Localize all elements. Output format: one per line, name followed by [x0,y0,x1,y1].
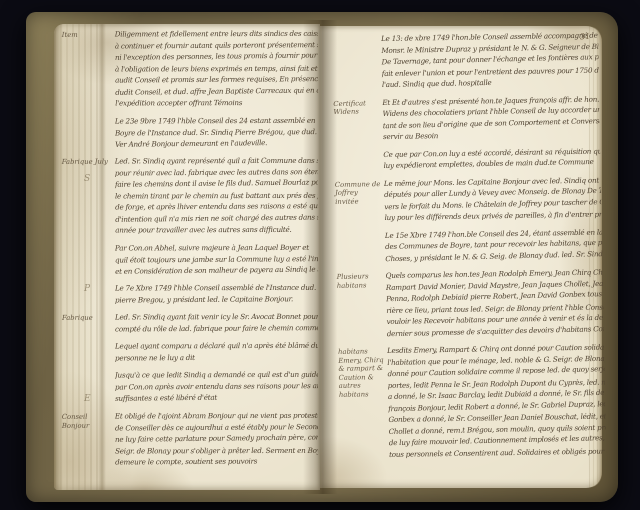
manuscript-line: suffisantes a esté libéré d'état [115,391,318,405]
manuscript-line: à l'obligation de leurs biens exprimés e… [115,62,318,74]
manuscript-line: Le 23e 9bre 1749 l'hble Conseil des 24 e… [115,114,318,126]
entry: ItemDiligemment et fidellement entre leu… [60,27,319,109]
entry: Fabrique JulyLed. Sr. Sindiq ayant repré… [60,154,319,236]
margin-note: Item [60,29,116,110]
manuscript-line: dudit Conseil, et dud. affre Jean Baptis… [115,84,318,98]
manuscript-line: Diligemment et fidellement entre leurs d… [115,28,318,40]
margin-note [60,341,115,364]
margin-note [60,242,115,277]
paragraph: Ce que par Con.on luy a esté accordé, dé… [383,144,600,171]
paragraph: Lequel ayant comparu a déclaré quil n'a … [115,339,318,363]
entry: FabriqueLed. Sr. Sindiq ayant fait venir… [60,310,318,335]
paragraph: Le même jour Mons. les Capitaine Bonjour… [384,173,602,223]
paragraph: Jusqu'à ce que ledit Sindiq a demandé ce… [115,368,318,404]
margin-note [332,148,383,172]
paragraph: Led. Sr. Sindiq ayant fait venir icy le … [115,310,318,334]
margin-note: Fabrique [60,312,115,335]
manuscript-line: Lequel ayant comparu a déclaré quil n'a … [115,340,318,352]
paragraph: Et Et d'autres s'est présenté hon.te Jaq… [382,92,600,142]
margin-note [60,115,115,150]
margin-note [60,283,115,306]
entry: Conseil BonjourEt obligé de l'ajoint Abr… [60,409,318,468]
paragraph: Diligemment et fidellement entre leurs d… [115,27,319,109]
paragraph: Led. Sr. Sindiq ayant représenté quil a … [115,154,319,236]
manuscript-line: luy pour les différends deux privés de p… [384,209,601,224]
manuscript-line: l'expédition accepter offrant Témoins [115,97,318,109]
manuscript-line: Jusqu'à ce que ledit Sindiq a demandé ce… [115,369,318,381]
entry: Le 7e Xbre 1749 l'hble Conseil assemblé … [60,281,318,306]
entry: Lequel ayant comparu a déclaré quil n'a … [60,339,318,364]
manuscript-line: compté du rôle de lad. fabrique pour fai… [115,322,318,335]
manuscript-line: pierre Bregou, y présidant led. le Capit… [115,293,318,306]
paragraph: Quels comparus les hon.tes Jean Rodolph … [386,266,604,339]
left-page-text: ItemDiligemment et fidellement entre leu… [60,28,318,473]
paragraph: Le 23e 9bre 1749 l'hble Conseil des 24 e… [115,114,318,150]
entry: Plusieurs habitansQuels comparus les hon… [335,266,604,340]
paragraph: Lesdits Emery, Rampart & Chirq ont donné… [387,341,606,460]
margin-note: Conseil Bonjour [60,410,115,468]
manuscript-line: servir au Besoin [383,128,600,143]
margin-note [334,229,386,264]
manuscript-line: Par Con.on Abhel, suivre majeure à Jean … [115,241,318,253]
entry: Le 15e Xbre 1749 l'hon.ble Conseil des 2… [334,225,603,265]
entry: Commune de Joffrey invitéeLe même jour M… [333,173,602,224]
manuscript-line: d'intention quil n'a mis rien ne soit ch… [115,211,318,225]
manuscript-line: et en Considération de son malheur de pa… [115,263,318,277]
margin-note [330,33,382,91]
entry: Ce que par Con.on luy a esté accordé, dé… [332,144,600,172]
right-page-text: Le 13: de xbre 1749 l'hon.ble Conseil as… [330,29,606,467]
paragraph: Le 13: de xbre 1749 l'hon.ble Conseil as… [381,29,599,91]
margin-note: Commune de Joffrey invitée [333,177,385,224]
manuscript-line: Ver André Bonjour demeurant en l'audevil… [115,136,318,150]
margin-note: Certificat Widens [331,97,383,144]
manuscript-line: Led. Sr. Sindiq ayant représenté quil a … [115,155,318,167]
manuscript-line: ne luy faire cette parlature pour Samedy… [115,431,318,445]
manuscript-line: personne ne le luy a dit [115,351,318,364]
manuscript-line: le chemin tirant par le chemin au fust b… [115,189,318,201]
entry: Certificat WidensEt Et d'autres s'est pr… [331,92,600,143]
paragraph: Le 15e Xbre 1749 l'hon.ble Conseil des 2… [385,225,603,264]
margin-note [60,370,115,405]
entry: Le 23e 9bre 1749 l'hble Conseil des 24 e… [60,114,318,150]
margin-note: Plusieurs habitans [335,270,387,340]
paragraph: Et obligé de l'ajoint Abram Bonjour qui … [115,409,318,468]
margin-note: Fabrique July [60,156,116,237]
manuscript-photo: SPE 31 ItemDiligemment et fidellement en… [0,0,640,510]
paragraph: Le 7e Xbre 1749 l'hble Conseil assemblé … [115,281,318,305]
manuscript-line: Et obligé de l'ajoint Abram Bonjour qui … [115,409,318,421]
entry: habitans Emery, Chirq & rampart & Cautio… [336,341,606,461]
manuscript-line: Led. Sr. Sindiq ayant fait venir icy le … [115,311,318,323]
manuscript-line: Seigr. de Blonay pour s'obliger à prêter… [115,444,318,456]
manuscript-line: ni l'exception des personnes, les tous p… [115,50,318,64]
entry: Par Con.on Abhel, suivre majeure à Jean … [60,241,318,277]
entry: Le 13: de xbre 1749 l'hon.ble Conseil as… [330,29,599,92]
paragraph: Par Con.on Abhel, suivre majeure à Jean … [115,241,318,277]
entry: Jusqu'à ce que ledit Sindiq a demandé ce… [60,368,318,404]
manuscript-line: année pour travailler avec les autres sa… [115,224,318,236]
margin-note: habitans Emery, Chirq & rampart & Cautio… [336,345,389,461]
manuscript-line: Le 7e Xbre 1749 l'hble Conseil assemblé … [115,282,318,294]
manuscript-line: faire les chemins dont il avise le fils … [115,177,318,191]
